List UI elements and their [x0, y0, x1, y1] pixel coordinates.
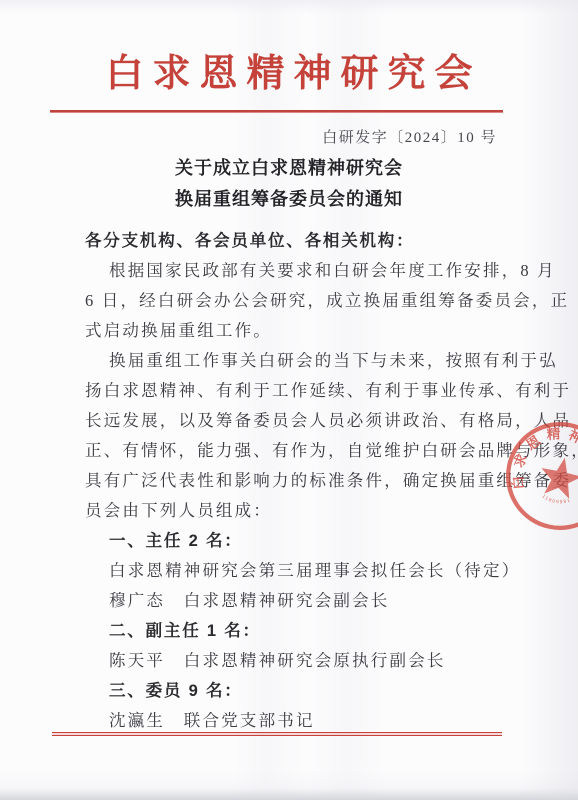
paragraph-line: 根据国家民政部有关要求和白研会年度工作安排，8 月 [85, 256, 510, 286]
paragraph-line: 正、有情怀，能力强、有作为，自觉维护白研会品牌与形象， [85, 436, 510, 466]
member-line: 陈天平 白求恩精神研究会原执行副会长 [85, 646, 510, 676]
section-heading-2: 二、副主任 1 名： [85, 616, 510, 646]
seal-star-icon [536, 453, 578, 500]
notice-title-line1: 关于成立白求恩精神研究会 [0, 153, 578, 184]
notice-title-line2: 换届重组筹备委员会的通知 [0, 184, 578, 215]
paragraph-line: 式启动换届重组工作。 [85, 316, 510, 346]
scanned-notice-document: 白求恩精神研究会 白研发字〔2024〕10 号 关于成立白求恩精神研究会 换届重… [0, 0, 578, 800]
notice-body: 各分支机构、各会员单位、各相关机构： 根据国家民政部有关要求和白研会年度工作安排… [85, 226, 510, 736]
section-heading-1: 一、主任 2 名： [85, 526, 510, 556]
section-heading-3: 三、委员 9 名： [85, 676, 510, 706]
footer-divider [52, 732, 502, 736]
letterhead-org-name: 白求恩精神研究会 [0, 42, 578, 97]
notice-title: 关于成立白求恩精神研究会 换届重组筹备委员会的通知 [0, 153, 578, 215]
member-line: 穆广态 白求恩精神研究会副会长 [85, 586, 510, 616]
paragraph-line: 6 日，经白研会办公会研究，成立换届重组筹备委员会，正 [85, 286, 510, 316]
paragraph-line: 扬白求恩精神、有利于工作延续、有利于事业传承、有利于 [85, 376, 510, 406]
paragraph-line: 换届重组工作事关白研会的当下与未来，按照有利于弘 [85, 346, 510, 376]
paragraph-line: 长远发展，以及筹备委员会人员必须讲政治、有格局，人品 [85, 406, 510, 436]
paragraph-line: 员会由下列人员组成： [85, 496, 510, 526]
paragraph-line: 具有广泛代表性和影响力的标准条件，确定换届重组筹备委 [85, 466, 510, 496]
salutation: 各分支机构、各会员单位、各相关机构： [85, 226, 510, 256]
letterhead-divider [50, 110, 503, 113]
doc-number: 白研发字〔2024〕10 号 [322, 126, 497, 147]
member-line: 白求恩精神研究会第三届理事会拟任会长（待定） [85, 556, 510, 586]
